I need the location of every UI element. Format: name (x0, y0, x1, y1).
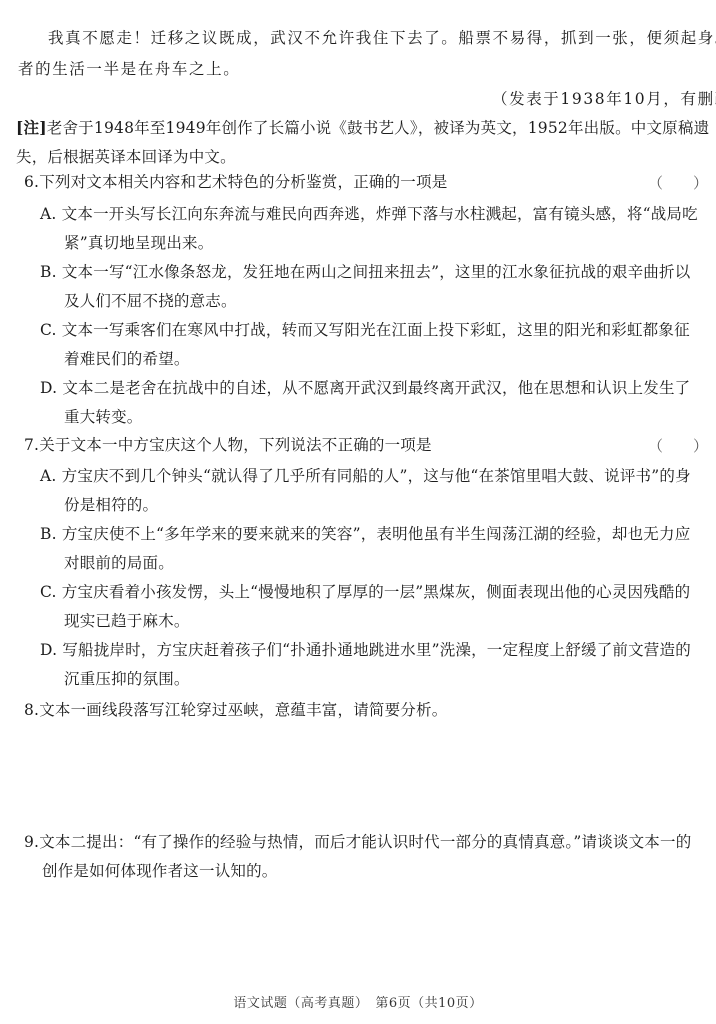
q6-option-b: B. 文本一写“江水像条怒龙，发狂地在两山之间扭来扭去”，这里的江水象征抗战的艰… (40, 262, 690, 282)
question-number: 6. (24, 173, 39, 191)
question-7-answer-blank[interactable]: （ ） (648, 435, 708, 456)
question-9-stem-cont: 创作是如何体现作者这一认知的。 (42, 861, 278, 881)
question-number: 8. (24, 701, 39, 719)
q7-option-d: D. 写船拢岸时，方宝庆赶着孩子们“扑通扑通地跳进水里”洗澡，一定程度上舒缓了前… (40, 640, 691, 660)
note-text: 老舍于1948年至1949年创作了长篇小说《鼓书艺人》，被译为英文，1952年出… (47, 119, 710, 137)
note-tag: [注] (16, 118, 47, 137)
question-9-stem: 9.文本二提出：“有了操作的经验与热情，而后才能认识时代一部分的真情真意。”请谈… (24, 832, 691, 852)
question-number: 7. (24, 436, 39, 454)
q6-option-d: D. 文本二是老舍在抗战中的自述，从不愿离开武汉到最终离开武汉，他在思想和认识上… (40, 378, 690, 398)
question-text: 关于文本一中方宝庆这个人物，下列说法不正确的一项是 (39, 436, 432, 454)
question-7-stem: 7.关于文本一中方宝庆这个人物，下列说法不正确的一项是 (24, 435, 432, 455)
question-6-stem: 6.下列对文本相关内容和艺术特色的分析鉴赏，正确的一项是 (24, 172, 447, 192)
q6-option-c-cont: 着难民们的希望。 (64, 349, 190, 369)
question-number: 9. (24, 833, 39, 851)
q6-option-c: C. 文本一写乘客们在寒风中打战，转而又写阳光在江面上投下彩虹，这里的阳光和彩虹… (40, 320, 690, 340)
question-6-answer-blank[interactable]: （ ） (648, 172, 708, 193)
q7-option-d-cont: 沉重压抑的氛围。 (64, 669, 190, 689)
question-8-answer-space[interactable] (24, 725, 694, 825)
question-text: 文本一画线段落写江轮穿过巫峡，意蕴丰富，请简要分析。 (39, 701, 447, 719)
passage-source: （发表于1938年10月，有删改） (492, 89, 716, 109)
q7-option-b-cont: 对眼前的局面。 (64, 553, 174, 573)
q6-option-a: A. 文本一开头写长江向东奔流与难民向西奔逃，炸弹下落与水柱溅起，富有镜头感，将… (40, 204, 698, 224)
q7-option-b: B. 方宝庆使不上“多年学来的要来就来的笑容”，表明他虽有半生闯荡江湖的经验，却… (40, 524, 690, 544)
q6-option-d-cont: 重大转变。 (64, 407, 143, 427)
passage-line-1: 我真不愿走！迁移之议既成，武汉不允许我住下去了。船票不易得，抓到一张，便须起身。… (48, 28, 716, 48)
q7-option-c-cont: 现实已趋于麻木。 (64, 611, 190, 631)
passage-line-2: 者的生活一半是在舟车之上。 (18, 59, 240, 79)
page-footer: 语文试题（高考真题） 第6页（共10页） (0, 992, 716, 1011)
q7-option-a-cont: 份是相符的。 (64, 495, 158, 515)
q6-option-b-cont: 及人们不屈不挠的意志。 (64, 291, 237, 311)
question-text: 下列对文本相关内容和艺术特色的分析鉴赏，正确的一项是 (39, 173, 447, 191)
question-8-stem: 8.文本一画线段落写江轮穿过巫峡，意蕴丰富，请简要分析。 (24, 700, 447, 720)
q6-option-a-cont: 紧”真切地呈现出来。 (64, 233, 213, 253)
question-text: 文本二提出：“有了操作的经验与热情，而后才能认识时代一部分的真情真意。”请谈谈文… (39, 833, 691, 851)
note-line-2: 失，后根据英译本回译为中文。 (16, 147, 236, 167)
note-line-1: [注]老舍于1948年至1949年创作了长篇小说《鼓书艺人》，被译为英文，195… (16, 118, 709, 138)
q7-option-c: C. 方宝庆看着小孩发愣，头上“慢慢地积了厚厚的一层”黑煤灰，侧面表现出他的心灵… (40, 582, 690, 602)
question-9-answer-space[interactable] (24, 890, 694, 980)
q7-option-a: A. 方宝庆不到几个钟头“就认得了几乎所有同船的人”，这与他“在茶馆里唱大鼓、说… (40, 466, 691, 486)
